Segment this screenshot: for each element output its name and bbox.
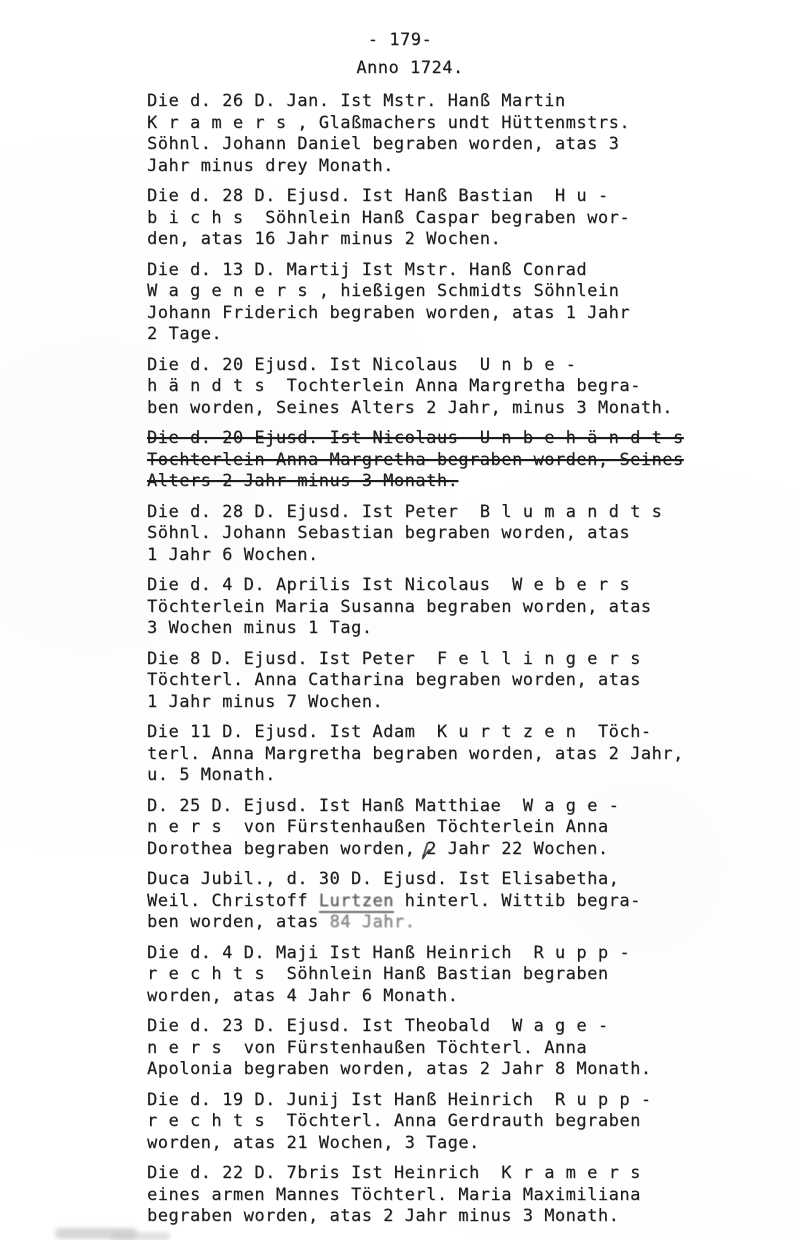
entry-line: ben worden, atas 84 Jahr. xyxy=(147,912,800,934)
entry-line: K r a m e r s , Glaßmachers undt Hüttenm… xyxy=(147,113,800,135)
entry-line: eines armen Mannes Töchterl. Maria Maxim… xyxy=(147,1185,800,1207)
entry-line: W a g e n e r s , hießigen Schmidts Söhn… xyxy=(147,281,800,303)
burial-entry: Die d. 22 D. 7bris Ist Heinrich K r a m … xyxy=(147,1163,800,1228)
entry-line: D. 25 D. Ejusd. Ist Hanß Matthiae W a g … xyxy=(147,796,800,818)
entry-line: worden, atas 21 Wochen, 3 Tage. xyxy=(147,1133,800,1155)
burial-entry: Die 11 D. Ejusd. Ist Adam K u r t z e n … xyxy=(147,722,800,787)
entry-line: Alters 2 Jahr minus 3 Monath. xyxy=(147,471,800,493)
burial-entry: Die d. 20 Ejusd. Ist Nicolaus U n b e -h… xyxy=(147,355,800,420)
entry-line: Apolonia begraben worden, atas 2 Jahr 8 … xyxy=(147,1059,800,1081)
entry-line: Töchterl. Anna Catharina begraben worden… xyxy=(147,670,800,692)
entry-line: Die d. 26 D. Jan. Ist Mstr. Hanß Martin xyxy=(147,91,800,113)
entry-line: n e r s von Fürstenhaußen Töchterl. Anna xyxy=(147,1038,800,1060)
entry-line: Die d. 20 Ejusd. Ist Nicolaus U n b e - xyxy=(147,355,800,377)
entry-line: n e r s von Fürstenhaußen Töchterlein An… xyxy=(147,817,800,839)
entry-line: r e c h t s Töchterl. Anna Gerdrauth beg… xyxy=(147,1111,800,1133)
handwritten-check-mark: ✓ xyxy=(420,844,432,864)
entry-line: Johann Friderich begraben worden, atas 1… xyxy=(147,303,800,325)
entry-line: h ä n d t s Tochterlein Anna Margretha b… xyxy=(147,376,800,398)
year-heading: Anno 1724. xyxy=(10,54,800,82)
burial-entry: Die d. 13 D. Martij Ist Mstr. Hanß Conra… xyxy=(147,260,800,346)
entry-line: Töchterlein Maria Susanna begraben worde… xyxy=(147,597,800,619)
entry-line: worden, atas 4 Jahr 6 Monath. xyxy=(147,986,800,1008)
burial-entry: Die d. 28 D. Ejusd. Ist Peter B l u m a … xyxy=(147,502,800,567)
entry-line: b i c h s Söhnlein Hanß Caspar begraben … xyxy=(147,208,800,230)
entry-line: den, atas 16 Jahr minus 2 Wochen. xyxy=(147,229,800,251)
entry-line: 2 Tage. xyxy=(147,324,800,346)
burial-entry: Die d. 28 D. Ejusd. Ist Hanß Bastian H u… xyxy=(147,186,800,251)
entry-line: r e c h t s Söhnlein Hanß Bastian begrab… xyxy=(147,964,800,986)
marked-text: 84 Jahr. xyxy=(330,912,416,932)
entry-line: Die d. 4 D. Maji Ist Hanß Heinrich R u p… xyxy=(147,943,800,965)
entry-line: Duca Jubil., d. 30 D. Ejusd. Ist Elisabe… xyxy=(147,869,800,891)
burial-entry-struck: Die d. 20 Ejusd. Ist Nicolaus U n b e h … xyxy=(147,428,800,493)
entry-line: Die d. 28 D. Ejusd. Ist Peter B l u m a … xyxy=(147,502,800,524)
burial-entry: Die 8 D. Ejusd. Ist Peter F e l l i n g … xyxy=(147,649,800,714)
burial-entries-list: Die d. 26 D. Jan. Ist Mstr. Hanß MartinK… xyxy=(0,91,800,1228)
marked-text: Lurtzen xyxy=(319,891,394,913)
page-header: - 179- Anno 1724. xyxy=(0,0,800,82)
entry-line: u. 5 Monath. xyxy=(147,765,800,787)
entry-line: Die 8 D. Ejusd. Ist Peter F e l l i n g … xyxy=(147,649,800,671)
page-number: - 179- xyxy=(0,26,800,54)
burial-entry: Die d. 26 D. Jan. Ist Mstr. Hanß MartinK… xyxy=(147,91,800,177)
entry-line: Die d. 13 D. Martij Ist Mstr. Hanß Conra… xyxy=(147,260,800,282)
burial-entry: Die d. 19 D. Junij Ist Hanß Heinrich R u… xyxy=(147,1090,800,1155)
burial-entry: Die d. 4 D. Aprilis Ist Nicolaus W e b e… xyxy=(147,575,800,640)
entry-line: Die d. 4 D. Aprilis Ist Nicolaus W e b e… xyxy=(147,575,800,597)
entry-line: Söhnl. Johann Daniel begraben worden, at… xyxy=(147,134,800,156)
entry-line: 1 Jahr 6 Wochen. xyxy=(147,545,800,567)
entry-line: Die 11 D. Ejusd. Ist Adam K u r t z e n … xyxy=(147,722,800,744)
entry-line: Die d. 19 D. Junij Ist Hanß Heinrich R u… xyxy=(147,1090,800,1112)
entry-line: begraben worden, atas 2 Jahr minus 3 Mon… xyxy=(147,1206,800,1228)
entry-line: Dorothea begraben worden, 2 Jahr 22 Woch… xyxy=(147,839,800,861)
entry-line: terl. Anna Margretha begraben worden, at… xyxy=(147,744,800,766)
entry-line: Weil. Christoff Lurtzen hinterl. Wittib … xyxy=(147,891,800,913)
burial-entry: Duca Jubil., d. 30 D. Ejusd. Ist Elisabe… xyxy=(147,869,800,934)
entry-line: 1 Jahr minus 7 Wochen. xyxy=(147,692,800,714)
burial-entry: D. 25 D. Ejusd. Ist Hanß Matthiae W a g … xyxy=(147,796,800,861)
entry-line: Die d. 23 D. Ejusd. Ist Theobald W a g e… xyxy=(147,1016,800,1038)
entry-line: 3 Wochen minus 1 Tag. xyxy=(147,618,800,640)
entry-line: Söhnl. Johann Sebastian begraben worden,… xyxy=(147,523,800,545)
entry-line: Die d. 22 D. 7bris Ist Heinrich K r a m … xyxy=(147,1163,800,1185)
entry-line: Die d. 20 Ejusd. Ist Nicolaus U n b e h … xyxy=(147,428,800,450)
scan-smudge-artifact xyxy=(110,1232,170,1240)
entry-line: Jahr minus drey Monath. xyxy=(147,156,800,178)
entry-line: Die d. 28 D. Ejusd. Ist Hanß Bastian H u… xyxy=(147,186,800,208)
burial-entry: Die d. 4 D. Maji Ist Hanß Heinrich R u p… xyxy=(147,943,800,1008)
entry-line: Tochterlein Anna Margretha begraben word… xyxy=(147,450,800,472)
burial-entry: Die d. 23 D. Ejusd. Ist Theobald W a g e… xyxy=(147,1016,800,1081)
scanned-document-page: - 179- Anno 1724. Die d. 26 D. Jan. Ist … xyxy=(0,0,800,1240)
entry-line: ben worden, Seines Alters 2 Jahr, minus … xyxy=(147,398,800,420)
